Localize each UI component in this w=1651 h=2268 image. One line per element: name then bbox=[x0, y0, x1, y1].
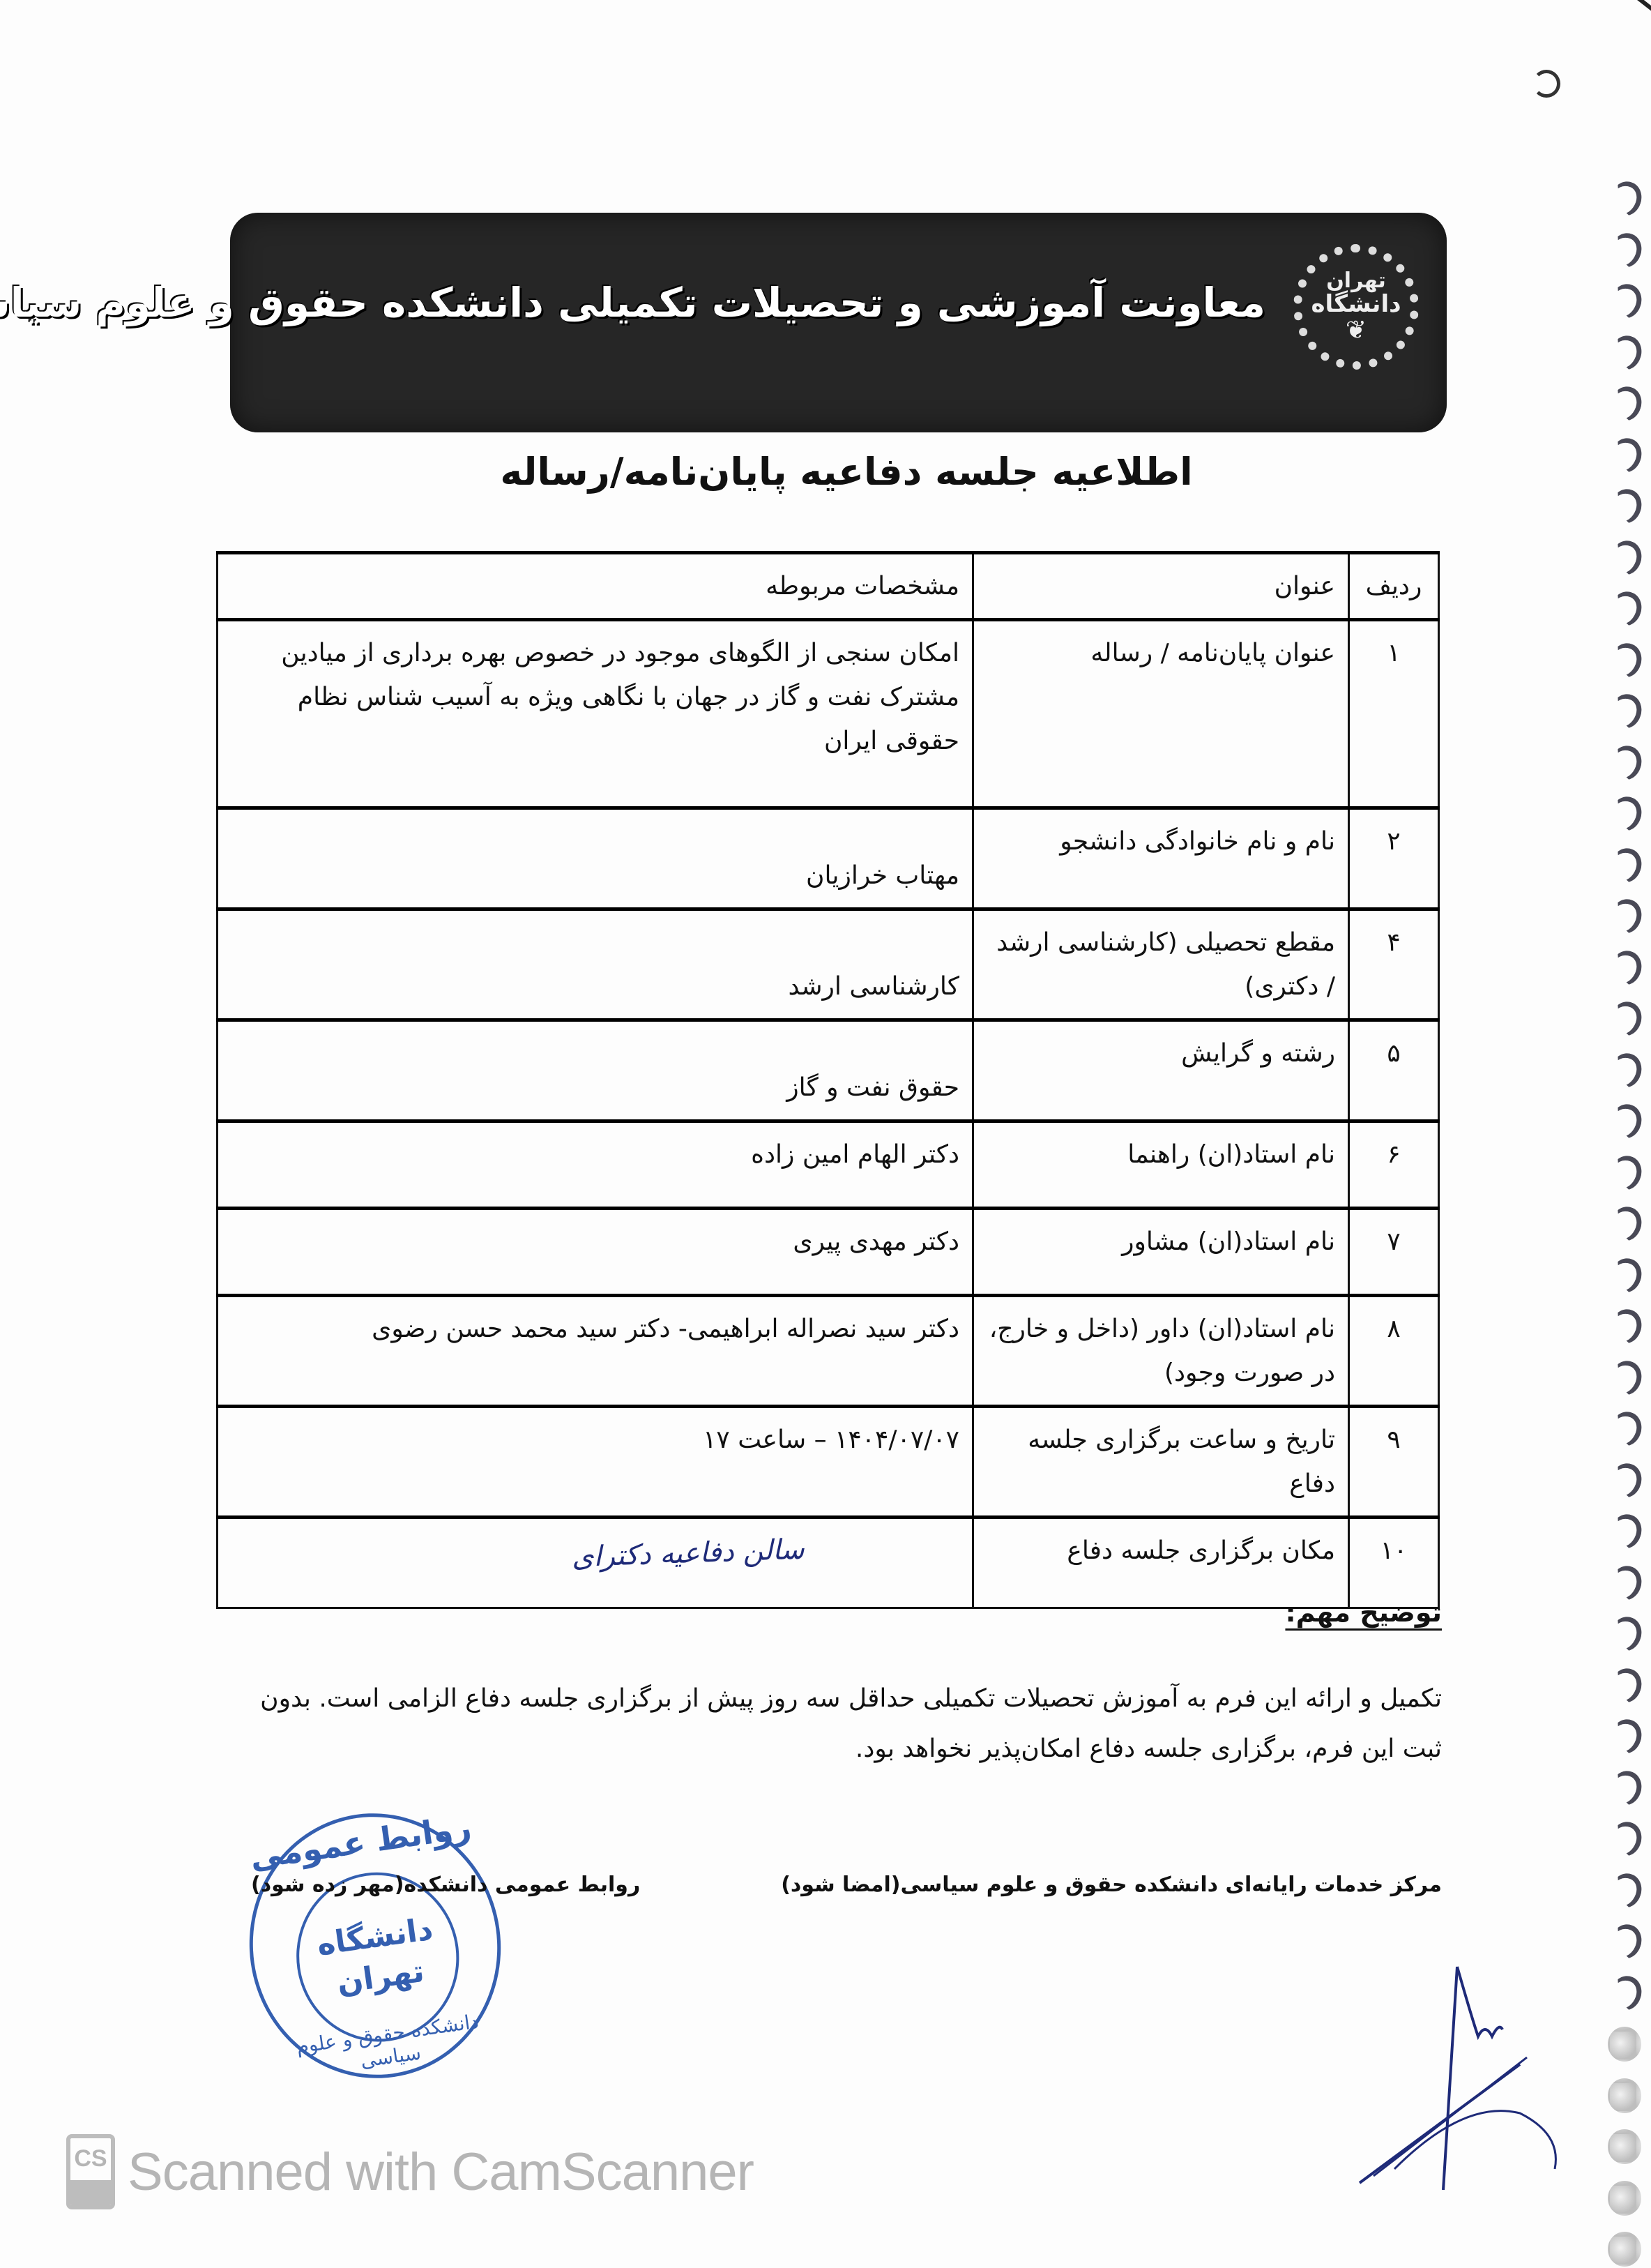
defense-info-table: ردیف عنوان مشخصات مربوطه ۱ عنوان پایان‌ن… bbox=[216, 551, 1440, 1609]
camscanner-logo-icon: CS bbox=[66, 2134, 115, 2209]
row-number: ۲ bbox=[1349, 808, 1439, 909]
row-number: ۸ bbox=[1349, 1296, 1439, 1407]
binding-ring-icon bbox=[1606, 997, 1646, 1041]
binding-ring-icon bbox=[1608, 2129, 1641, 2164]
header-title: عنوان bbox=[973, 553, 1349, 620]
wings-icon: ❦ bbox=[1346, 318, 1367, 343]
stamp-top-text: روابط عمومی bbox=[237, 1806, 484, 1877]
binding-ring-icon bbox=[1606, 1305, 1646, 1348]
binding-ring-icon bbox=[1606, 1356, 1646, 1399]
binding-ring-icon bbox=[1606, 1202, 1646, 1246]
binding-ring-icon bbox=[1606, 1612, 1646, 1656]
document-title: اطلاعیه جلسه دفاعیه پایان‌نامه/رساله bbox=[0, 450, 1651, 494]
binding-ring-icon bbox=[1606, 587, 1646, 630]
binding-ring-icon bbox=[1606, 536, 1646, 579]
row-number: ۵ bbox=[1349, 1020, 1439, 1121]
table-row: ۷ نام استاد(ان) مشاور دکتر مهدی پیری bbox=[218, 1209, 1439, 1296]
university-logo-icon: تهران دانشگاه ❦ bbox=[1293, 244, 1419, 370]
row-number: ۷ bbox=[1349, 1209, 1439, 1296]
binding-ring-icon bbox=[1606, 1817, 1646, 1861]
logo-text-university: دانشگاه bbox=[1311, 292, 1401, 317]
student-name-value: مهتاب خرازیان bbox=[218, 808, 973, 909]
camscanner-watermark: CS Scanned with CamScanner bbox=[66, 2134, 754, 2209]
spiral-binding bbox=[1599, 181, 1641, 2267]
binding-ring-icon bbox=[1606, 382, 1646, 425]
punch-hole-icon bbox=[1532, 70, 1560, 98]
handwritten-location: سالن دفاعیه دکترای bbox=[571, 1525, 819, 1582]
binding-ring-icon bbox=[1606, 946, 1646, 989]
table-row: ۱۰ مکان برگزاری جلسه دفاع سالن دفاعیه دک… bbox=[218, 1518, 1439, 1608]
row-label: نام استاد(ان) داور (داخل و خارج، در صورت… bbox=[973, 1296, 1349, 1407]
row-label: رشته و گرایش bbox=[973, 1020, 1349, 1121]
binding-ring-icon bbox=[1606, 1715, 1646, 1758]
thesis-title-value: امکان سنجی از الگوهای موجود در خصوص بهره… bbox=[218, 620, 973, 808]
header-details: مشخصات مربوطه bbox=[218, 553, 973, 620]
binding-ring-icon bbox=[1606, 792, 1646, 836]
binding-ring-icon bbox=[1606, 690, 1646, 733]
table-row: ۴ مقطع تحصیلی (کارشناسی ارشد / دکتری) کا… bbox=[218, 909, 1439, 1020]
row-label: نام استاد(ان) راهنما bbox=[973, 1121, 1349, 1209]
binding-ring-icon bbox=[1606, 177, 1646, 220]
binding-ring-icon bbox=[1606, 1766, 1646, 1809]
row-label: عنوان پایان‌نامه / رساله bbox=[973, 620, 1349, 808]
binding-ring-icon bbox=[1606, 1253, 1646, 1296]
header-row-number: ردیف bbox=[1349, 553, 1439, 620]
page-corner-edge bbox=[1491, 0, 1651, 31]
binding-ring-icon bbox=[1606, 895, 1646, 938]
binding-ring-icon bbox=[1606, 228, 1646, 271]
public-relations-stamp-label: روابط عمومی دانشکده(مهر زده شود) bbox=[251, 1873, 640, 1897]
row-number: ۱۰ bbox=[1349, 1518, 1439, 1608]
it-center-signature-label: مرکز خدمات رایانه‌ای دانشکده حقوق و علوم… bbox=[781, 1873, 1442, 1897]
binding-ring-icon bbox=[1608, 2027, 1641, 2062]
binding-ring-icon bbox=[1606, 1971, 1646, 2014]
table-row: ۶ نام استاد(ان) راهنما دکتر الهام امین ز… bbox=[218, 1121, 1439, 1209]
table-row: ۵ رشته و گرایش حقوق نفت و گاز bbox=[218, 1020, 1439, 1121]
binding-ring-icon bbox=[1606, 1407, 1646, 1451]
binding-ring-icon bbox=[1606, 741, 1646, 784]
watermark-text: Scanned with CamScanner bbox=[128, 2142, 754, 2202]
important-note-body: تکمیل و ارائه این فرم به آموزش تحصیلات ت… bbox=[215, 1674, 1442, 1774]
handwritten-signature-icon bbox=[1353, 1939, 1562, 2190]
binding-ring-icon bbox=[1606, 1920, 1646, 1963]
degree-value: کارشناسی ارشد bbox=[218, 909, 973, 1020]
binding-ring-icon bbox=[1606, 1048, 1646, 1091]
banner-title: معاونت آموزشی و تحصیلات تکمیلی دانشکده ح… bbox=[0, 279, 1265, 326]
binding-ring-icon bbox=[1608, 2181, 1641, 2216]
field-value: حقوق نفت و گاز bbox=[218, 1020, 973, 1121]
binding-ring-icon bbox=[1606, 1151, 1646, 1194]
table-row: ۱ عنوان پایان‌نامه / رساله امکان سنجی از… bbox=[218, 620, 1439, 808]
advisor-value: دکتر مهدی پیری bbox=[218, 1209, 973, 1296]
binding-ring-icon bbox=[1606, 1100, 1646, 1143]
degree: کارشناسی ارشد bbox=[788, 972, 959, 1001]
official-stamp: روابط عمومی دانشگاه تهران دانشکده حقوق و… bbox=[232, 1797, 517, 2094]
row-number: ۶ bbox=[1349, 1121, 1439, 1209]
supervisor-value: دکتر الهام امین زاده bbox=[218, 1121, 973, 1209]
binding-ring-icon bbox=[1606, 331, 1646, 374]
logo-text-tehran: تهران bbox=[1326, 271, 1386, 292]
binding-ring-icon bbox=[1606, 1663, 1646, 1707]
row-label: نام استاد(ان) مشاور bbox=[973, 1209, 1349, 1296]
row-number: ۱ bbox=[1349, 620, 1439, 808]
table-row: ۲ نام و نام خانوادگی دانشجو مهتاب خرازیا… bbox=[218, 808, 1439, 909]
row-label: مکان برگزاری جلسه دفاع bbox=[973, 1518, 1349, 1608]
binding-ring-icon bbox=[1606, 638, 1646, 681]
binding-ring-icon bbox=[1606, 1458, 1646, 1502]
table-row: ۸ نام استاد(ان) داور (داخل و خارج، در صو… bbox=[218, 1296, 1439, 1407]
field-of-study: حقوق نفت و گاز bbox=[786, 1073, 959, 1102]
binding-ring-icon bbox=[1606, 280, 1646, 323]
binding-ring-icon bbox=[1606, 1561, 1646, 1604]
row-label: مقطع تحصیلی (کارشناسی ارشد / دکتری) bbox=[973, 909, 1349, 1020]
binding-ring-icon bbox=[1606, 843, 1646, 886]
camscanner-logo-text: CS bbox=[70, 2138, 111, 2180]
important-note-title: توضیح مهم: bbox=[1285, 1597, 1442, 1628]
table-row: ۹ تاریخ و ساعت برگزاری جلسه دفاع ۱۴۰۴/۰۷… bbox=[218, 1407, 1439, 1518]
row-number: ۹ bbox=[1349, 1407, 1439, 1518]
row-label: نام و نام خانوادگی دانشجو bbox=[973, 808, 1349, 909]
referees-value: دکتر سید نصراله ابراهیمی- دکتر سید محمد … bbox=[218, 1296, 973, 1407]
binding-ring-icon bbox=[1606, 1510, 1646, 1553]
row-label: تاریخ و ساعت برگزاری جلسه دفاع bbox=[973, 1407, 1349, 1518]
binding-ring-icon bbox=[1608, 2232, 1641, 2267]
binding-ring-icon bbox=[1606, 1868, 1646, 1912]
table-header-row: ردیف عنوان مشخصات مربوطه bbox=[218, 553, 1439, 620]
binding-ring-icon bbox=[1608, 2078, 1641, 2113]
student-name: مهتاب خرازیان bbox=[806, 861, 959, 890]
defense-location-value: سالن دفاعیه دکترای bbox=[218, 1518, 973, 1608]
defense-datetime-value: ۱۴۰۴/۰۷/۰۷ – ساعت ۱۷ bbox=[218, 1407, 973, 1518]
row-number: ۴ bbox=[1349, 909, 1439, 1020]
header-banner: تهران دانشگاه ❦ معاونت آموزشی و تحصیلات … bbox=[230, 213, 1447, 432]
